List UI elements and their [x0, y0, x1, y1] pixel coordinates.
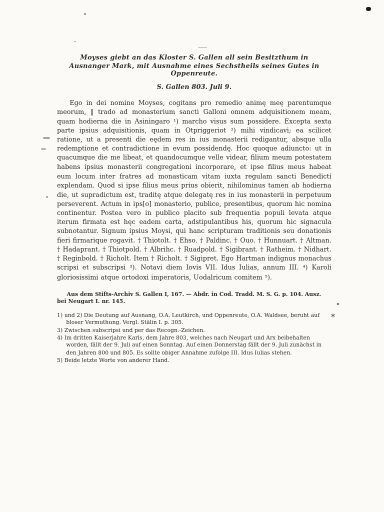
margin-star-mark: * [331, 313, 335, 322]
footnote-5: 5) Beide letzte Worte von anderer Hand. [57, 357, 331, 364]
ink-speck [337, 303, 339, 305]
ink-speck [366, 7, 371, 11]
footnote-4: 4) Im dritten Kaiserjahre Karls, dem Jah… [57, 335, 331, 356]
source-citation: Aus dem Stifts-Archiv S. Gallen I, 167. … [57, 291, 331, 305]
ink-speck [46, 196, 48, 198]
footnotes-block: 1) und 2) Die Deutung auf Ausnang, O.A. … [57, 312, 331, 364]
ink-speck [74, 41, 76, 42]
document-page: * Moyses giebt an das Kloster S. Gallen … [0, 0, 384, 512]
footnote-1-2: 1) und 2) Die Deutung auf Ausnang, O.A. … [57, 312, 331, 326]
ink-speck [41, 148, 46, 150]
ink-speck [43, 137, 50, 139]
charter-body-text: Ego in dei nomine Moyses, cogitans pro r… [57, 99, 331, 282]
footnote-3: 3) Zwischen subscripsi und per das Recog… [57, 327, 331, 334]
ink-speck [198, 47, 207, 48]
ink-speck [84, 13, 86, 15]
charter-entry: Moyses giebt an das Kloster S. Gallen al… [57, 54, 331, 365]
charter-dateline: S. Gallen 803. Juli 9. [57, 83, 331, 91]
charter-summary-heading: Moyses giebt an das Kloster S. Gallen al… [57, 54, 331, 78]
